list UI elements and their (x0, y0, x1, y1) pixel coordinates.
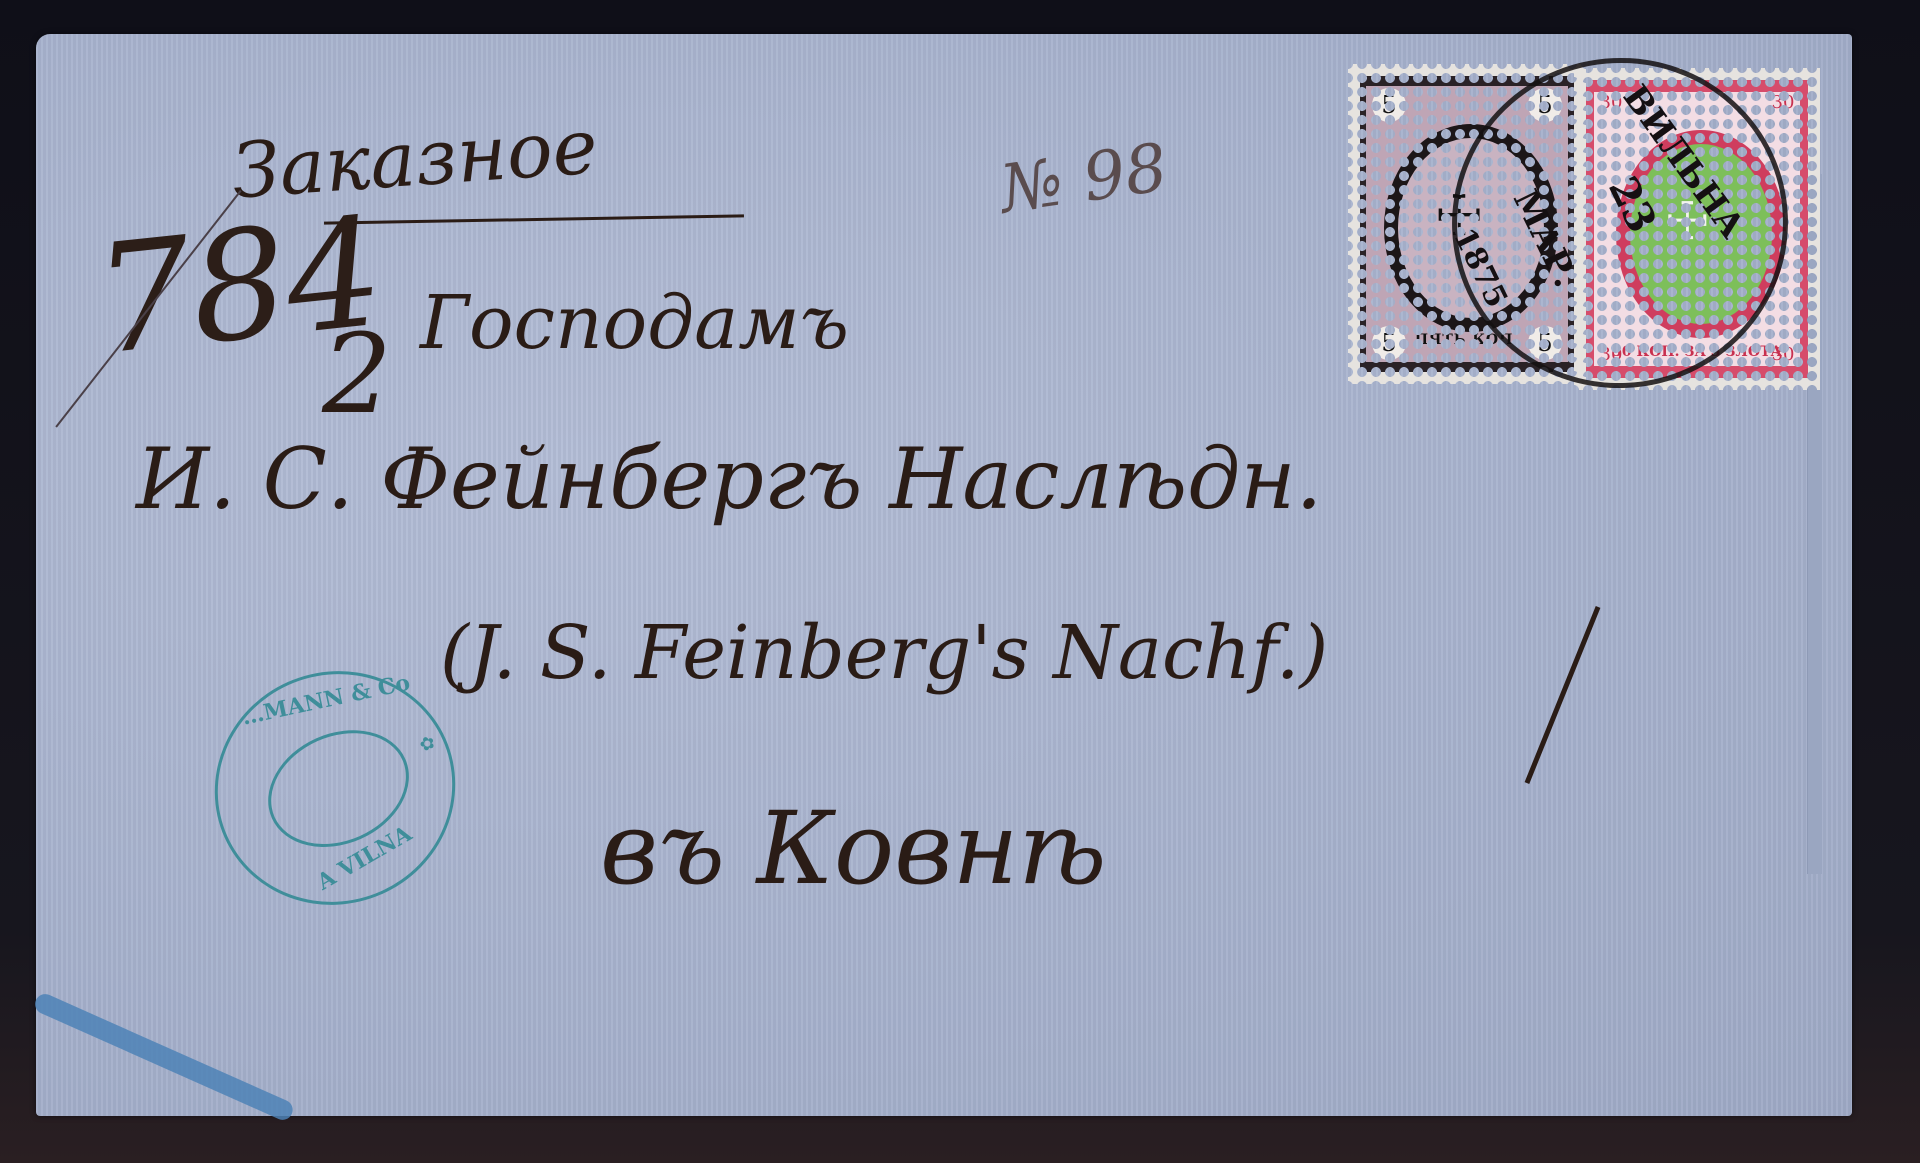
handwritten-numeral: 2 (322, 310, 392, 438)
corner-value: 5 (1372, 88, 1406, 122)
firm-name: (J. S. Feinberg's Nachf.) (440, 610, 1328, 696)
postmark-month: МАР. (1505, 184, 1586, 294)
corner-value: 30 (1768, 88, 1798, 118)
addressee-name: И. С. Фейнбергъ Наслѣдн. (136, 430, 1322, 528)
destination-city: въ Ковнѣ (600, 790, 1107, 907)
rosette-icon: ✿ (416, 731, 438, 756)
salutation: Господамъ (420, 280, 849, 366)
postmark-day: 23 (1599, 169, 1666, 240)
